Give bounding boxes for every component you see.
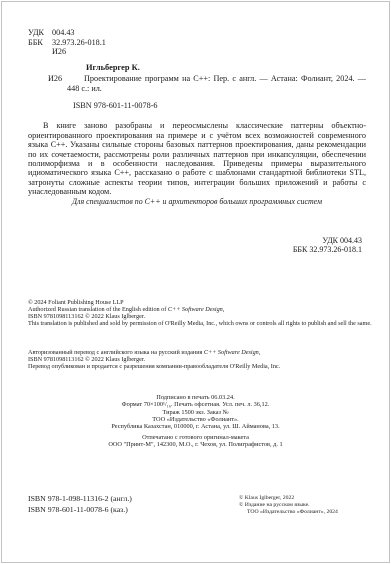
top-catalog-codes: УДК 004.43 ББК 32.973.26-018.1 И26 (28, 28, 106, 57)
copyright-en-line2-post: , (223, 306, 225, 313)
bottom-isbn-list: ISBN 978-1-098-11316-2 (англ.) ISBN 978-… (28, 493, 132, 515)
entry-description: Проектирование программ на C++: Пер. с а… (67, 74, 366, 93)
rights-edition-line: © Издание на русском языке. (239, 502, 338, 509)
right-udk: УДК 004.43 (293, 236, 362, 245)
annotation-paragraph: В книге заново разобраны и переосмыслены… (28, 121, 366, 197)
author-sign-code: И26 (52, 47, 66, 57)
imprint-tirage-line: Тираж 1500 экз. Заказ № (2, 409, 389, 416)
printed-line2: ООО "Принт-М", 142300, М.О., г. Чехов, у… (2, 441, 389, 448)
imprint-page: УДК 004.43 ББК 32.973.26-018.1 И26 Игльб… (1, 1, 390, 563)
catalog-entry: И26 Проектирование программ на C++: Пер.… (28, 74, 366, 93)
imprint-block: Подписано в печать 06.03.24. Формат 70×1… (2, 394, 389, 430)
copyright-en-line4: This translation is published and sold b… (28, 320, 374, 327)
copyright-en-line1: © 2024 Foliant Publishing House LLP (28, 299, 374, 306)
entry-code: И26 (48, 74, 62, 84)
isbn-english: ISBN 978-1-098-11316-2 (англ.) (28, 493, 132, 504)
udk-value: 004.43 (52, 28, 75, 38)
udk-row: УДК 004.43 (28, 28, 106, 38)
copyright-en-line2: Authorized Russian translation of the En… (28, 306, 374, 313)
isbn-kazakh: ISBN 978-601-11-0078-6 (каз.) (28, 504, 132, 515)
copyright-en-line3: ISBN 9781098113162 © 2022 Klaus Iglberge… (28, 313, 374, 320)
rights-author-line: © Klaus Iglberger, 2022 (239, 495, 338, 502)
entry-isbn: ISBN 978-601-11-0078-6 (73, 101, 158, 110)
imprint-format-line: Формат 70×100¹/₁₆. Печать офсетная. Усл.… (2, 401, 389, 408)
bbk-row: ББК 32.973.26-018.1 (28, 38, 106, 48)
udk-label: УДК (28, 28, 52, 38)
copyright-ru-line1-pre: Авторизованный перевод с английского язы… (28, 349, 204, 356)
author-sign-row: И26 (28, 47, 106, 57)
copyright-ru-line1-post: , (259, 349, 261, 356)
printed-block: Отпечатано с готового оригинал-макета ОО… (2, 434, 389, 449)
printed-line1: Отпечатано с готового оригинал-макета (2, 434, 389, 441)
copyright-ru-line3: Перевод опубликован и продается с разреш… (28, 363, 374, 370)
author-sign-spacer (28, 47, 52, 57)
imprint-publisher-line: ТОО «Издательство «Фолиант». (2, 416, 389, 423)
bbk-label: ББК (28, 38, 52, 48)
copyright-russian: Авторизованный перевод с английского язы… (28, 349, 374, 370)
right-catalog-codes: УДК 004.43 ББК 32.973.26-018.1 (293, 236, 362, 255)
copyright-ru-line2: ISBN 9781098113162 © 2022 Klaus Iglberge… (28, 356, 374, 363)
imprint-signed-line: Подписано в печать 06.03.24. (2, 394, 389, 401)
copyright-en-line2-pre: Authorized Russian translation of the En… (28, 306, 168, 313)
audience-note: Для специалистов по C++ и архитекторов б… (28, 197, 366, 206)
author-heading: Игльбергер К. (86, 63, 140, 72)
copyright-ru-book-title: C++ Software Design (204, 349, 259, 356)
bbk-value: 32.973.26-018.1 (52, 38, 106, 48)
bottom-rights-block: © Klaus Iglberger, 2022 © Издание на рус… (239, 495, 338, 515)
imprint-address-line: Республика Казахстан, 010000, г. Астана,… (2, 423, 389, 430)
copyright-en-book-title: C++ Software Design (168, 306, 223, 313)
right-bbk: ББК 32.973.26-018.1 (293, 245, 362, 254)
copyright-english: © 2024 Foliant Publishing House LLP Auth… (28, 299, 374, 327)
rights-publisher-line: ТОО «Издательство «Фолиант», 2024 (239, 509, 338, 516)
copyright-ru-line1: Авторизованный перевод с английского язы… (28, 349, 374, 356)
